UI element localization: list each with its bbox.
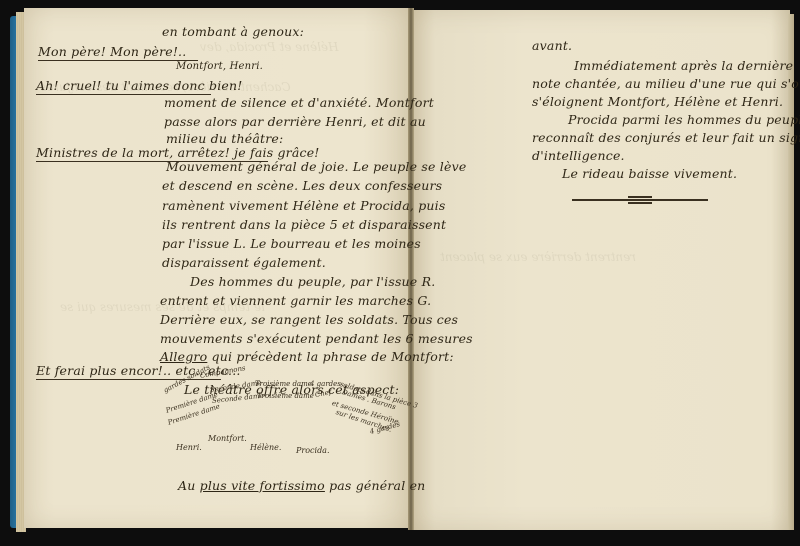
stage-position-label: Procida. [296, 446, 330, 455]
manuscript-line: milieu du théâtre: [166, 131, 283, 146]
manuscript-line: Des hommes du peuple, par l'issue R. [190, 274, 435, 289]
manuscript-line: mouvements s'exécutent pendant les 6 mes… [160, 331, 473, 346]
manuscript-line: note chantée, au milieu d'une rue qui s'… [532, 76, 800, 91]
book-gutter [408, 8, 414, 530]
bleed-through: Hélène et Procida, dev [200, 40, 339, 54]
open-manuscript-book: Hélène et Procida, dev Cachent derrière,… [0, 0, 800, 546]
manuscript-line: avant. [532, 38, 572, 53]
manuscript-line: Ah! cruel! tu l'aimes donc bien! [36, 78, 211, 95]
stage-position-label: 4 gardes [310, 380, 341, 388]
manuscript-line: d'intelligence. [532, 148, 625, 163]
rule-line [572, 199, 708, 201]
stage-position-label: Henri. [176, 443, 202, 452]
manuscript-line: Le rideau baisse vivement. [562, 166, 737, 181]
manuscript-line: et descend en scène. Les deux confesseur… [162, 178, 442, 193]
manuscript-line: Derrière eux, se rangent les soldats. To… [160, 312, 458, 327]
manuscript-line: entrent et viennent garnir les marches G… [160, 293, 431, 308]
manuscript-line: moment de silence et d'anxiété. Montfort [164, 95, 434, 110]
bleed-through: rentrent derrière eux se placent [440, 250, 636, 264]
rule-double-bottom [628, 202, 652, 204]
manuscript-line: en tombant à genoux: [162, 24, 304, 39]
right-page-edge [788, 14, 794, 530]
manuscript-line: Immédiatement après la dernière [574, 58, 793, 73]
manuscript-line: par l'issue L. Le bourreau et les moines [162, 236, 421, 251]
manuscript-line: ramènent vivement Hélène et Procida, pui… [162, 198, 445, 213]
manuscript-line: s'éloignent Montfort, Hélène et Henri. [532, 94, 783, 109]
rule-double-top [628, 196, 652, 198]
manuscript-line: reconnaît des conjurés et leur fait un s… [532, 130, 800, 145]
manuscript-line: passe alors par derrière Henri, et dit a… [164, 114, 426, 129]
manuscript-line: Procida parmi les hommes du peuple, [568, 112, 800, 127]
underlined-term: plus vite fortissimo [200, 478, 325, 493]
manuscript-line: disparaissent également. [162, 255, 326, 270]
stage-position-label: Troisième dame [257, 392, 314, 400]
manuscript-line: ils rentrent dans la pièce 5 et disparai… [162, 217, 446, 232]
stage-position-label: Troisième dame [255, 380, 312, 388]
stage-position-label: Hélène. [250, 443, 281, 452]
stage-position-label: Montfort. [208, 434, 247, 443]
manuscript-line: Mouvement général de joie. Le peuple se … [166, 159, 466, 174]
manuscript-line: Au plus vite fortissimo pas général en [178, 478, 425, 493]
manuscript-line: Allegro qui précèdent la phrase de Montf… [160, 349, 454, 364]
underlined-term: Allegro [160, 349, 207, 364]
manuscript-line: Mon père! Mon père!.. [38, 44, 198, 61]
manuscript-line: Montfort, Henri. [176, 61, 263, 72]
